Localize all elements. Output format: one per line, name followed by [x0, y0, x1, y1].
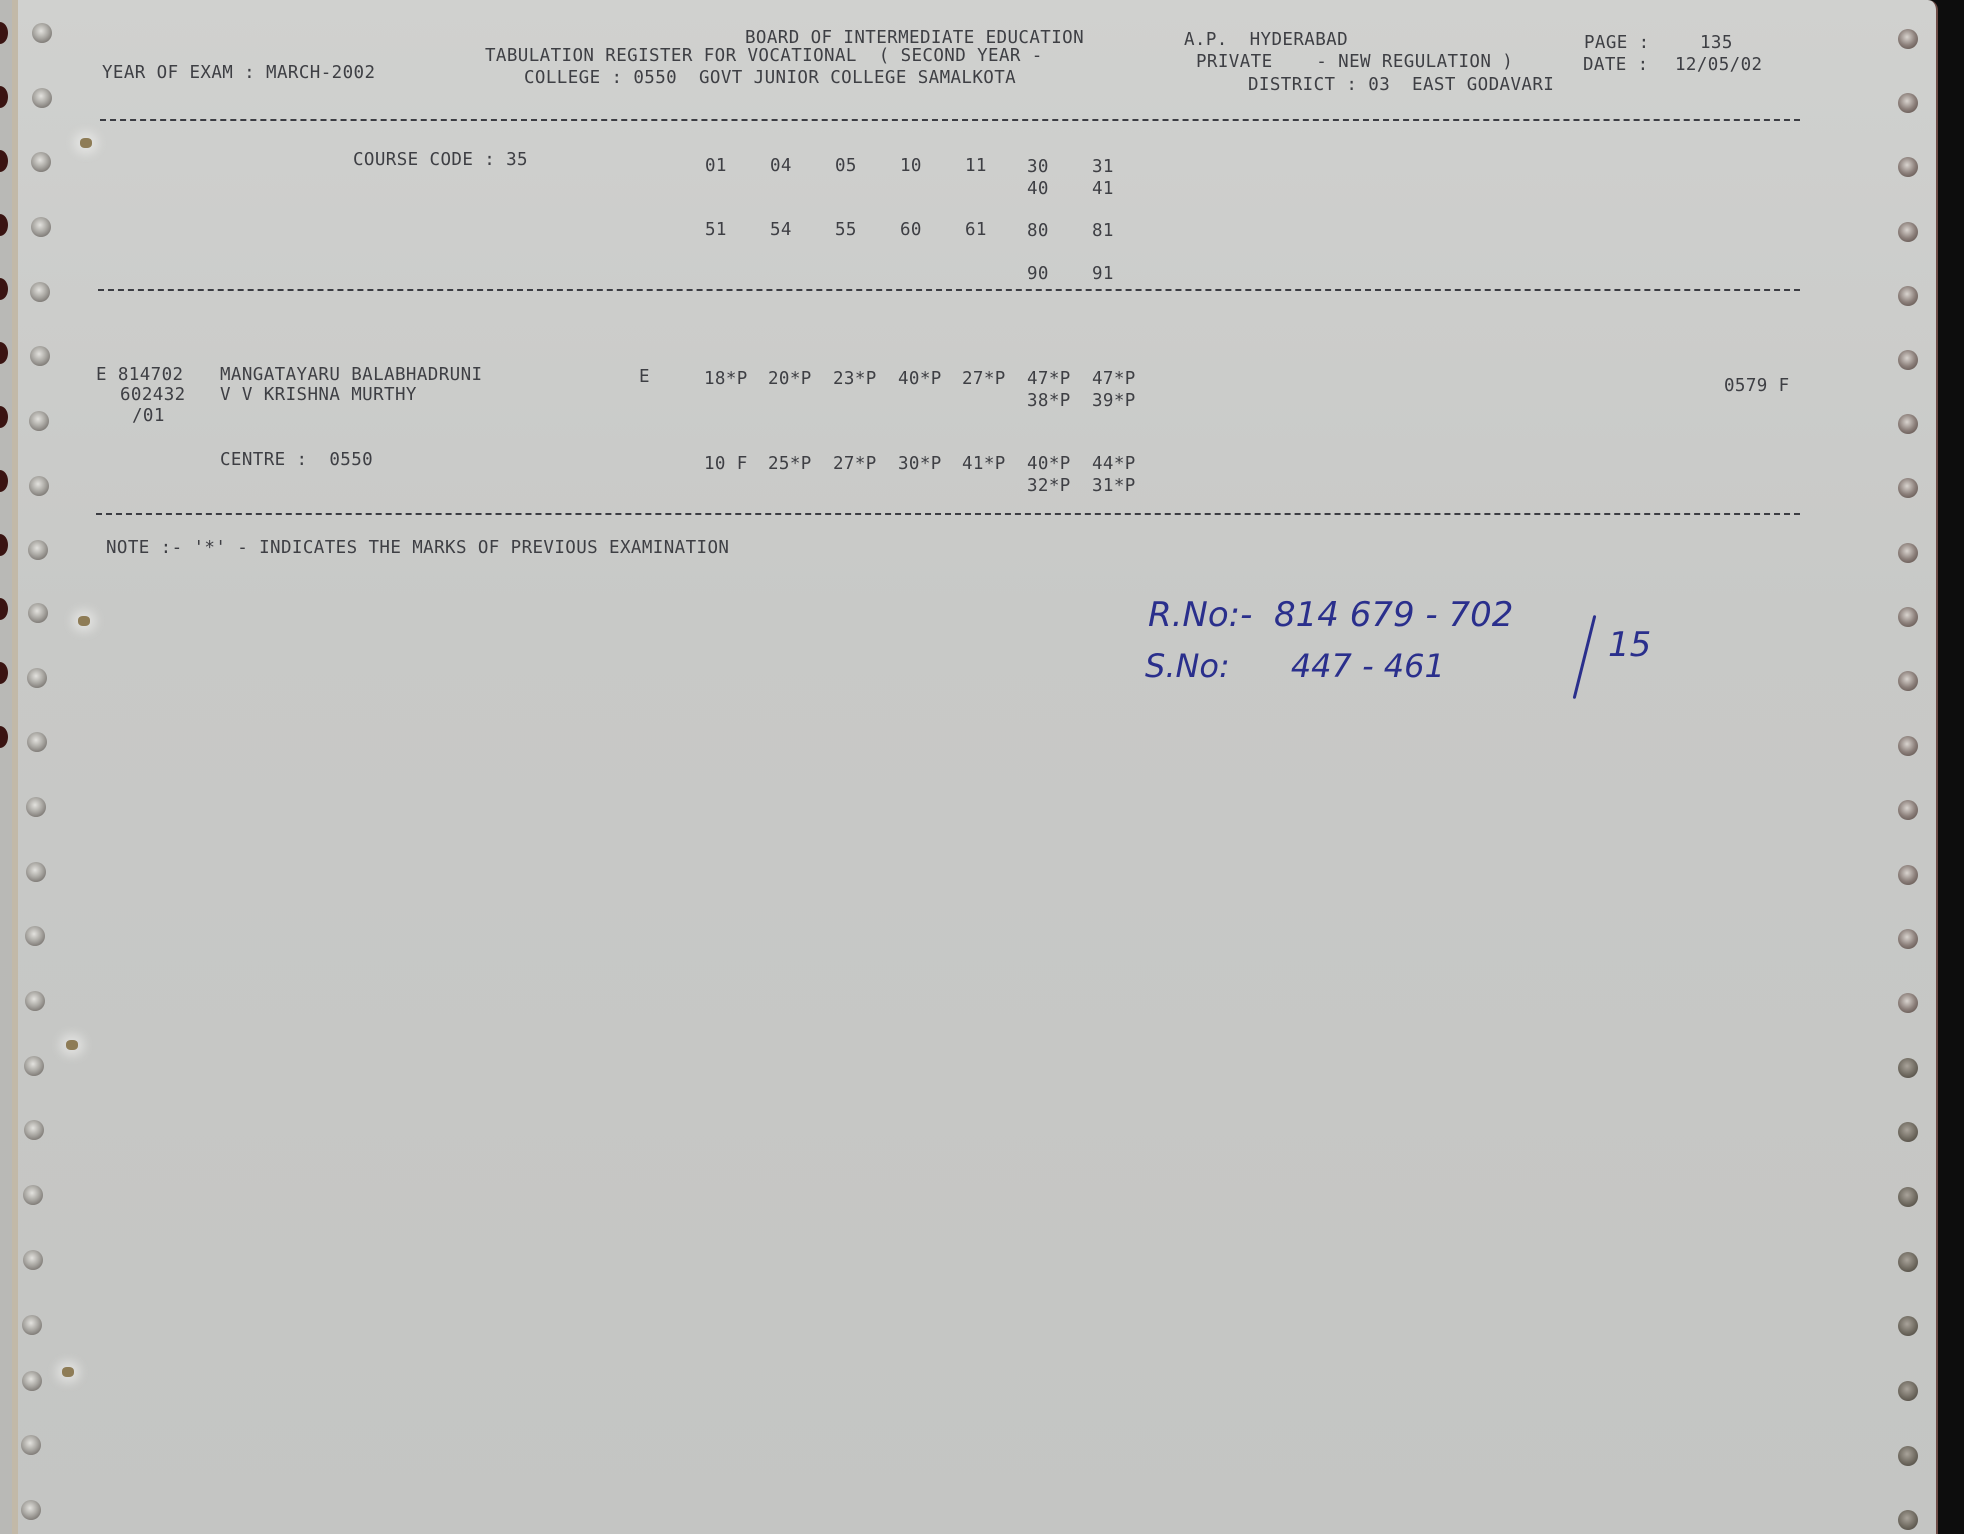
record-suffix: /01	[132, 408, 165, 426]
year-of-exam: YEAR OF EXAM : MARCH-2002	[102, 65, 375, 83]
tractor-hole	[23, 1250, 43, 1270]
tractor-hole	[29, 476, 49, 496]
tractor-hole	[1898, 543, 1918, 563]
handwritten-serial-range: S.No: 447 - 461	[1145, 650, 1445, 682]
page-label: PAGE :	[1584, 35, 1650, 53]
divider	[100, 119, 1800, 121]
mark: 20*P	[768, 371, 812, 389]
note: NOTE :- '*' - INDICATES THE MARKS OF PRE…	[106, 540, 729, 558]
tractor-hole	[21, 1435, 41, 1455]
tractor-hole	[1898, 29, 1918, 49]
tractor-hole	[1898, 800, 1918, 820]
mark: 27*P	[962, 371, 1006, 389]
mark: 25*P	[768, 456, 812, 474]
subject-code: 60	[900, 222, 922, 240]
subject-code: 40	[1027, 181, 1049, 199]
subject-code: 05	[835, 158, 857, 176]
subject-code: 11	[965, 158, 987, 176]
mark: 10 F	[704, 456, 748, 474]
subject-code: 80	[1027, 223, 1049, 241]
tractor-hole	[1898, 1446, 1918, 1466]
tractor-hole	[27, 668, 47, 688]
tractor-hole	[22, 1371, 42, 1391]
subject-code: 31	[1092, 159, 1114, 177]
tractor-hole	[1898, 1187, 1918, 1207]
subject-code: 51	[705, 222, 727, 240]
handwritten-count: 15	[1608, 628, 1651, 662]
tractor-hole	[1898, 865, 1918, 885]
page-number: 135	[1700, 35, 1733, 53]
board-title: BOARD OF INTERMEDIATE EDUCATION	[745, 30, 1084, 48]
tractor-hole	[1898, 222, 1918, 242]
student-name: MANGATAYARU BALABHADRUNI	[220, 367, 482, 385]
subject-code: 90	[1027, 266, 1049, 284]
subject-code: 54	[770, 222, 792, 240]
mark: 47*P	[1092, 371, 1136, 389]
tractor-hole	[31, 152, 51, 172]
tractor-hole	[1898, 671, 1918, 691]
perforation	[0, 470, 8, 492]
staple-mark	[78, 616, 90, 626]
tractor-hole	[25, 991, 45, 1011]
tractor-hole	[1898, 929, 1918, 949]
mark: 39*P	[1092, 393, 1136, 411]
tractor-hole	[1898, 1252, 1918, 1272]
subject-code: 61	[965, 222, 987, 240]
tractor-hole	[1898, 286, 1918, 306]
perforation	[0, 278, 8, 300]
tractor-hole	[1898, 157, 1918, 177]
mark: 23*P	[833, 371, 877, 389]
tractor-hole	[1898, 350, 1918, 370]
tractor-hole	[26, 797, 46, 817]
perforation	[0, 150, 8, 172]
tractor-hole	[1898, 1316, 1918, 1336]
mark: 27*P	[833, 456, 877, 474]
tractor-hole	[29, 411, 49, 431]
staple-mark	[66, 1040, 78, 1050]
tractor-hole	[1898, 1122, 1918, 1142]
register-title: TABULATION REGISTER FOR VOCATIONAL ( SEC…	[485, 48, 1043, 66]
mark: 32*P	[1027, 478, 1071, 496]
paper-edge	[12, 0, 18, 1534]
tractor-hole	[30, 346, 50, 366]
roll-number: E 814702	[96, 367, 184, 385]
tractor-hole	[32, 88, 52, 108]
register-category: PRIVATE - NEW REGULATION )	[1196, 54, 1513, 72]
date-label: DATE :	[1583, 57, 1649, 75]
perforation	[0, 534, 8, 556]
perforation	[0, 342, 8, 364]
mark: 30*P	[898, 456, 942, 474]
divider	[96, 513, 1800, 515]
mark: 38*P	[1027, 393, 1071, 411]
subject-code: 30	[1027, 159, 1049, 177]
tractor-hole	[26, 862, 46, 882]
father-name: V V KRISHNA MURTHY	[220, 387, 417, 405]
tractor-hole	[1898, 607, 1918, 627]
tractor-hole	[21, 1500, 41, 1520]
tractor-hole	[1898, 993, 1918, 1013]
tractor-hole	[25, 926, 45, 946]
tractor-hole	[1898, 1058, 1918, 1078]
tractor-hole	[1898, 736, 1918, 756]
centre: CENTRE : 0550	[220, 452, 373, 470]
mark: 44*P	[1092, 456, 1136, 474]
tractor-hole	[24, 1120, 44, 1140]
tractor-hole	[22, 1315, 42, 1335]
total-and-result: 0579 F	[1724, 378, 1790, 396]
mark: 31*P	[1092, 478, 1136, 496]
tractor-hole	[1898, 478, 1918, 498]
registration-number: 602432	[120, 387, 186, 405]
subject-code: 55	[835, 222, 857, 240]
subject-code: 01	[705, 158, 727, 176]
subject-code: 81	[1092, 223, 1114, 241]
mark: 47*P	[1027, 371, 1071, 389]
tractor-hole	[30, 282, 50, 302]
mark: 18*P	[704, 371, 748, 389]
perforation	[0, 86, 8, 108]
tractor-hole	[31, 217, 51, 237]
tractor-hole	[28, 540, 48, 560]
date-value: 12/05/02	[1675, 57, 1763, 75]
subject-code: 04	[770, 158, 792, 176]
mark: 40*P	[1027, 456, 1071, 474]
staple-mark	[80, 138, 92, 148]
mark: 41*P	[962, 456, 1006, 474]
perforation	[0, 214, 8, 236]
location: A.P. HYDERABAD	[1184, 32, 1348, 50]
perforation	[0, 406, 8, 428]
handwritten-roll-range: R.No:- 814 679 - 702	[1148, 598, 1513, 632]
perforation	[0, 22, 8, 44]
perforation	[0, 598, 8, 620]
tractor-hole	[1898, 414, 1918, 434]
subject-code: 10	[900, 158, 922, 176]
tractor-hole	[1898, 93, 1918, 113]
divider	[98, 289, 1800, 291]
tractor-hole	[24, 1056, 44, 1076]
course-code: COURSE CODE : 35	[353, 152, 528, 170]
perforation	[0, 662, 8, 684]
tractor-hole	[28, 603, 48, 623]
tractor-hole	[1898, 1510, 1918, 1530]
tractor-hole	[27, 732, 47, 752]
staple-mark	[62, 1367, 74, 1377]
subject-code: 91	[1092, 266, 1114, 284]
tractor-hole	[32, 23, 52, 43]
college: COLLEGE : 0550 GOVT JUNIOR COLLEGE SAMAL…	[524, 70, 1016, 88]
tractor-hole	[23, 1185, 43, 1205]
medium: E	[639, 369, 650, 387]
mark: 40*P	[898, 371, 942, 389]
perforation	[0, 726, 8, 748]
district: DISTRICT : 03 EAST GODAVARI	[1248, 77, 1554, 95]
tractor-hole	[1898, 1381, 1918, 1401]
subject-code: 41	[1092, 181, 1114, 199]
